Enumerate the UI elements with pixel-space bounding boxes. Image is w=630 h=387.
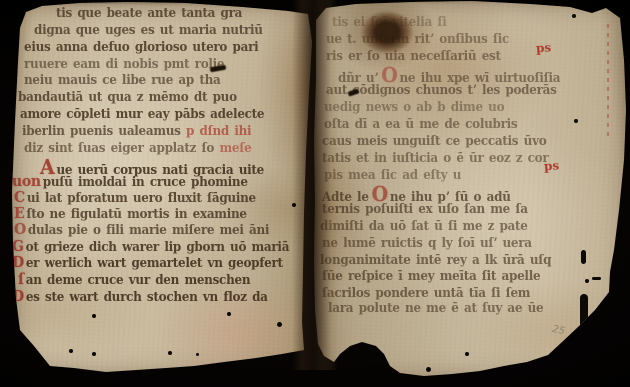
line-text: ſūe reſpice ī mey meīta ſit apelle (322, 268, 540, 283)
worm-hole (572, 14, 576, 18)
line-text: tis que beate ante tanta gra (56, 5, 242, 20)
manuscript-line: oſta dī a ea ū me de colubris (324, 117, 517, 130)
manuscript-line: digna que uges es ut maria nutriū (34, 23, 263, 36)
worm-hole (92, 314, 96, 318)
line-text: ot grieze dich warer lip gborn uō mariā (26, 239, 290, 254)
manuscript-line: neiu mauis ce libe rue ap tha (24, 73, 221, 86)
worm-hole (277, 322, 282, 327)
line-text: bandautiā ut qua z mēmo dt puo (18, 89, 237, 104)
line-text: dimiſti da uō ſat ū ſi me z pate (320, 218, 528, 233)
manuscript-line: tis que beate ante tanta gra (56, 6, 242, 19)
manuscript-line: ternis poſuiſti ex uſo ſan me ſa (322, 202, 528, 215)
manuscript-line: dimiſti da uō ſat ū ſi me z pate (320, 219, 528, 232)
manuscript-line: Got grieze dich warer lip gborn uō mariā (12, 239, 289, 254)
line-text: ruuere eam di nobis pmt rolie (24, 56, 224, 71)
ink-blob (581, 250, 586, 264)
line-text: neiu mauis ce libe rue ap tha (24, 72, 221, 87)
left-page: tis que beate ante tanta gra digna que u… (10, 2, 316, 378)
manuscript-line: ſacrilos pondere untā tīa ſi ſem (322, 286, 530, 299)
manuscript-line: caus meis unguiſt ce peccatis ūvo (322, 134, 546, 147)
manuscript-line: ne lumē ruictis q ly ſoī uſʼ uera (322, 236, 532, 249)
red-edge-mark (12, 20, 17, 66)
manuscript-photo: tis que beate ante tanta gra digna que u… (0, 0, 630, 387)
line-text: lara polute ne me ē at ſuy ae ūe (328, 300, 543, 315)
rubric-initial: D (12, 288, 24, 305)
line-text: tatis et in iuſticia o ē ūr eoz z cor (322, 150, 548, 165)
psalm-mark: ps (536, 41, 552, 54)
worm-hole (92, 352, 96, 356)
manuscript-line: Des ste wart durch stochen vn floz da (12, 289, 268, 304)
manuscript-line: tatis et in iuſticia o ē ūr eoz z cor (322, 151, 548, 164)
manuscript-line: bandautiā ut qua z mēmo dt puo (18, 90, 237, 103)
worm-hole (391, 369, 395, 373)
rubric-initial: uon (12, 173, 41, 190)
rubric-initial: G (12, 238, 24, 255)
rubric-text: meſe (220, 140, 252, 155)
line-text: ne lumē ruictis q ly ſoī uſʼ uera (322, 235, 532, 250)
manuscript-line: ſan deme cruce vur den menschen (18, 272, 250, 287)
manuscript-line: Der werlich wart gemartelet vn geopfert (12, 255, 283, 270)
line-text: dulas pie o fili marie miſere mei āni (28, 222, 269, 237)
manuscript-line: longanimitate intē rey a lk ūrā uſq (320, 253, 551, 266)
ink-blob (585, 279, 589, 283)
manuscript-line: uonpuſū imoldai in cruce phomine (12, 174, 248, 189)
manuscript-line: ſūe reſpice ī mey meīta ſit apelle (322, 269, 540, 282)
manuscript-line: Odulas pie o fili marie miſere mei āni (14, 222, 269, 237)
worm-hole (69, 349, 73, 353)
worm-hole (426, 367, 431, 372)
ink-blotch (352, 8, 416, 62)
worm-hole (168, 351, 172, 355)
line-text: amore cōpleti mur eay pābs adelecte (20, 106, 264, 121)
rubric-initial: D (12, 254, 24, 271)
manuscript-line: pis mea ſic ad eſty u (324, 168, 461, 181)
worm-hole (574, 119, 578, 123)
manuscript-line: eius anna defuo glorioso utero pari (24, 40, 258, 53)
worm-hole (292, 203, 296, 207)
worm-hole (196, 353, 199, 356)
line-text: pis mea ſic ad eſty u (324, 167, 461, 182)
line-text: ui lat pforatum uero fluxit ſāguine (27, 190, 256, 205)
line-text: oſta dī a ea ū me de colubris (324, 116, 517, 131)
line-text: ternis poſuiſti ex uſo ſan me ſa (322, 201, 528, 216)
worm-hole (227, 312, 231, 316)
rubric-initial: ſ (18, 271, 24, 288)
manuscript-line: Eſto ne figulatū mortis in examine (14, 206, 247, 221)
manuscript-line: amore cōpleti mur eay pābs adelecte (20, 107, 264, 120)
rubric-initial: C (14, 189, 25, 206)
line-text: iberlin puenis ualeamus (22, 123, 186, 138)
right-page: tis ei ſoī vitelia ſi ue t. unſerm ritʼ … (312, 0, 630, 382)
line-text: diz sint ſuas eiger applatz ſo (24, 140, 220, 155)
line-text: digna que uges es ut maria nutriū (34, 22, 263, 37)
ink-blob (580, 294, 588, 328)
line-text: longanimitate intē rey a lk ūrā uſq (320, 252, 551, 267)
worm-hole (465, 352, 469, 356)
line-text: ſto ne figulatū mortis in examine (26, 206, 246, 221)
folio-number: 25 (551, 325, 566, 337)
manuscript-line: ruuere eam di nobis pmt rolie (24, 57, 224, 70)
line-text: ſacrilos pondere untā tīa ſi ſem (322, 285, 530, 300)
rubric-initial: O (14, 221, 26, 238)
rubric-initial: E (14, 205, 24, 222)
manuscript-line: iberlin puenis ualeamus p dſnd ihi (22, 124, 251, 137)
psalm-mark: ps (544, 159, 560, 172)
manuscript-line: lara polute ne me ē at ſuy ae ūe (328, 301, 543, 314)
line-text: caus meis unguiſt ce peccatis ūvo (322, 133, 546, 148)
manuscript-line: uedig news o ab b dime uo (324, 100, 504, 113)
rubric-text: p dſnd ihi (186, 123, 251, 138)
ink-blob (592, 277, 601, 280)
manuscript-line: diz sint ſuas eiger applatz ſo meſe (24, 141, 251, 154)
line-text: er werlich wart gemartelet vn geopfert (26, 255, 283, 270)
line-text: an deme cruce vur den menschen (26, 272, 251, 287)
red-ruling-line (607, 24, 609, 136)
manuscript-line: Cui lat pforatum uero fluxit ſāguine (14, 190, 256, 205)
line-text: puſū imoldai in cruce phomine (43, 174, 248, 189)
line-text: eius anna defuo glorioso utero pari (24, 39, 258, 54)
line-text: aut cōdignos chunos tʼ les poderās (326, 82, 557, 97)
line-text: es ste wart durch stochen vn floz da (26, 289, 268, 304)
line-text: uedig news o ab b dime uo (324, 99, 504, 114)
manuscript-line: aut cōdignos chunos tʼ les poderās (326, 83, 557, 96)
